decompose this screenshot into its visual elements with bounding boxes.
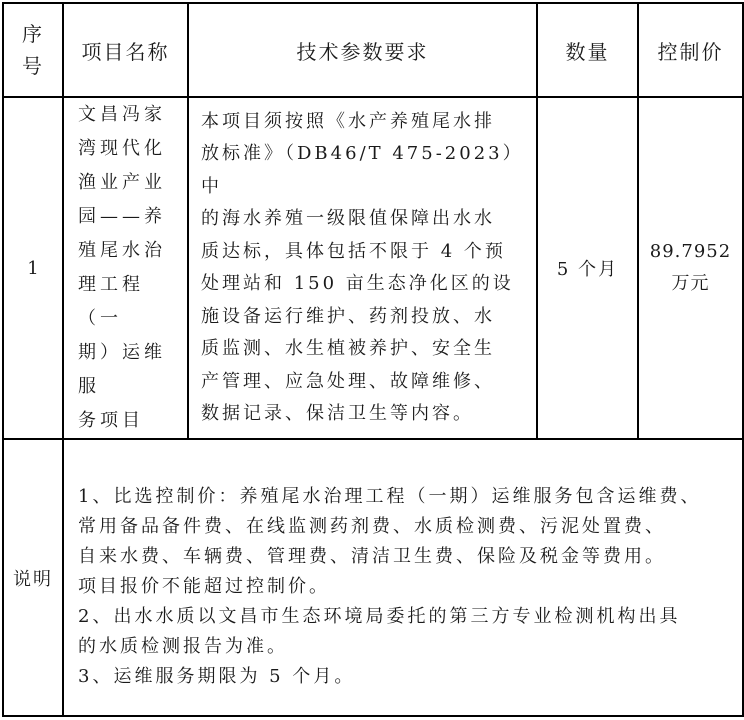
note-item-1: 1、比选控制价：养殖尾水治理工程（一期）运维服务包含运维费、 常用备品备件费、在…: [78, 482, 734, 602]
tech-line: 处理站和 150 亩生态净化区的设: [201, 268, 526, 301]
notes-label: 说明: [3, 439, 63, 716]
row-tech-requirements: 本项目须按照《水产养殖尾水排 放标准》（DB46/T 475-2023）中 的海…: [188, 97, 537, 439]
name-line: 期）运维服: [78, 336, 181, 404]
tech-line: 产管理、应急处理、故障维修、: [201, 366, 526, 399]
procurement-table: 序 号 项目名称 技术参数要求 数量 控制价 1 文昌冯家 湾现代化 渔业产业 …: [2, 2, 744, 717]
row-quantity: 5 个月: [537, 97, 638, 439]
tech-line: 质达标，具体包括不限于 4 个预: [201, 236, 526, 269]
table-row: 1 文昌冯家 湾现代化 渔业产业 园——养 殖尾水治 理工程（一 期）运维服 务…: [3, 97, 743, 439]
header-quantity: 数量: [537, 3, 638, 97]
header-seq-line1: 序: [4, 18, 62, 50]
header-tech-requirements: 技术参数要求: [188, 3, 537, 97]
tech-line: 的海水养殖一级限值保障出水水: [201, 203, 526, 236]
price-value: 89.7952: [639, 236, 742, 268]
name-line: 殖尾水治: [78, 234, 181, 268]
name-line: 园——养: [78, 200, 181, 234]
name-line: 文昌冯家: [78, 98, 181, 132]
tech-line: 本项目须按照《水产养殖尾水排: [201, 106, 526, 139]
name-line: 湾现代化: [78, 132, 181, 166]
name-line: 务项目: [78, 404, 181, 438]
row-control-price: 89.7952 万元: [638, 97, 743, 439]
tech-line: 放标准》（DB46/T 475-2023）中: [201, 138, 526, 203]
header-row: 序 号 项目名称 技术参数要求 数量 控制价: [3, 3, 743, 97]
row-project-name: 文昌冯家 湾现代化 渔业产业 园——养 殖尾水治 理工程（一 期）运维服 务项目: [63, 97, 188, 439]
tech-line: 质监测、水生植被养护、安全生: [201, 333, 526, 366]
name-line: 理工程（一: [78, 268, 181, 336]
note-item-3: 3、运维服务期限为 5 个月。: [78, 662, 734, 692]
tech-line: 施设备运行维护、药剂投放、水: [201, 301, 526, 334]
price-unit: 万元: [639, 268, 742, 300]
header-seq-line2: 号: [4, 50, 62, 82]
header-control-price: 控制价: [638, 3, 743, 97]
notes-row: 说明 1、比选控制价：养殖尾水治理工程（一期）运维服务包含运维费、 常用备品备件…: [3, 439, 743, 716]
name-line: 渔业产业: [78, 166, 181, 200]
header-seq: 序 号: [3, 3, 63, 97]
note-item-2: 2、出水水质以文昌市生态环境局委托的第三方专业检测机构出具 的水质检测报告为准。: [78, 602, 734, 662]
tech-line: 数据记录、保洁卫生等内容。: [201, 398, 526, 431]
row-seq: 1: [3, 97, 63, 439]
notes-body: 1、比选控制价：养殖尾水治理工程（一期）运维服务包含运维费、 常用备品备件费、在…: [63, 439, 743, 716]
header-project-name: 项目名称: [63, 3, 188, 97]
